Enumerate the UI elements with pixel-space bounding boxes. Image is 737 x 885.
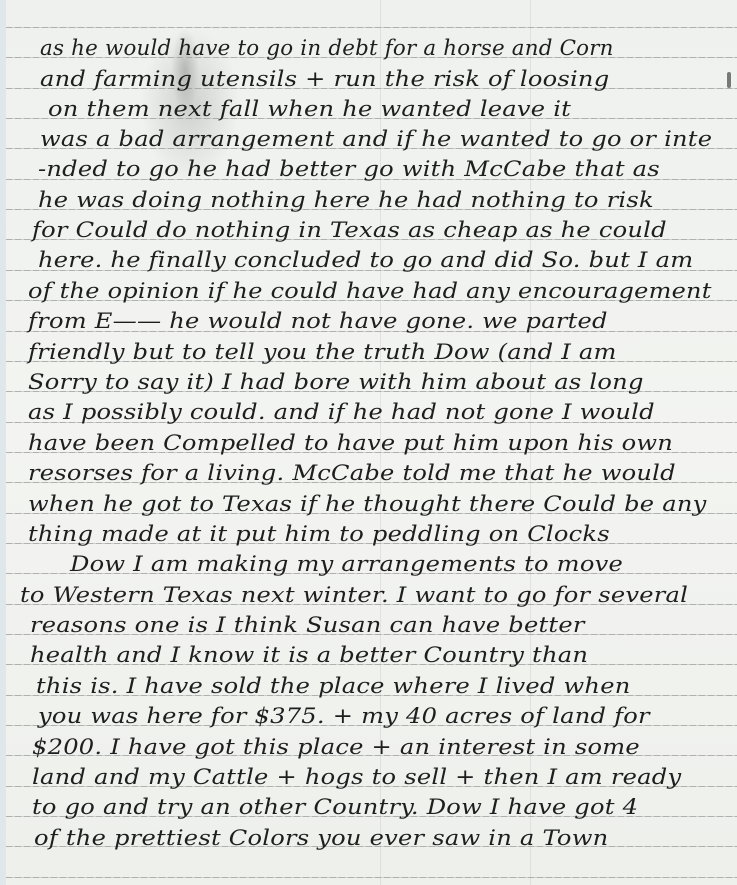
letter-line: thing made at it put him to peddling on … xyxy=(28,522,610,546)
letter-line: from E—— he would not have gone. we part… xyxy=(28,309,608,333)
letter-page: as he would have to go in debt for a hor… xyxy=(0,0,737,885)
letter-line: have been Compelled to have put him upon… xyxy=(28,431,673,455)
letter-line: on them next fall when he wanted leave i… xyxy=(48,97,571,121)
letter-line: was a bad arrangement and if he wanted t… xyxy=(40,127,712,151)
letter-line: to go and try an other Country. Dow I ha… xyxy=(32,795,638,819)
letter-line: as I possibly could. and if he had not g… xyxy=(28,400,655,424)
letter-line: this is. I have sold the place where I l… xyxy=(36,674,631,698)
letter-line: Sorry to say it) I had bore with him abo… xyxy=(28,370,644,394)
letter-line: of the opinion if he could have had any … xyxy=(28,279,712,303)
letter-line: resorses for a living. McCabe told me th… xyxy=(28,461,676,485)
letter-line: Dow I am making my arrangements to move xyxy=(70,552,623,576)
letter-line: $200. I have got this place + an interes… xyxy=(32,735,640,759)
ink-blot xyxy=(727,72,731,88)
letter-line: -nded to go he had better go with McCabe… xyxy=(38,157,660,181)
letter-line: and farming utensils + run the risk of l… xyxy=(40,67,609,91)
letter-line: he was doing nothing here he had nothing… xyxy=(38,188,654,212)
letter-line: as he would have to go in debt for a hor… xyxy=(40,36,712,60)
letter-line: land and my Cattle + hogs to sell + then… xyxy=(32,765,681,789)
ruled-line xyxy=(6,877,737,878)
letter-line: friendly but to tell you the truth Dow (… xyxy=(28,340,617,364)
letter-line: reasons one is I think Susan can have be… xyxy=(30,613,585,637)
letter-line: here. he finally concluded to go and did… xyxy=(38,248,693,272)
letter-line: for Could do nothing in Texas as cheap a… xyxy=(32,218,667,242)
letter-line: you was here for $375. + my 40 acres of … xyxy=(38,704,650,728)
letter-line: of the prettiest Colors you ever saw in … xyxy=(34,826,608,850)
ruled-line xyxy=(6,27,737,28)
scan-edge-strip xyxy=(0,0,6,885)
letter-line: when he got to Texas if he thought there… xyxy=(28,492,707,516)
letter-line: health and I know it is a better Country… xyxy=(30,643,588,667)
letter-line: to Western Texas next winter. I want to … xyxy=(20,583,688,607)
